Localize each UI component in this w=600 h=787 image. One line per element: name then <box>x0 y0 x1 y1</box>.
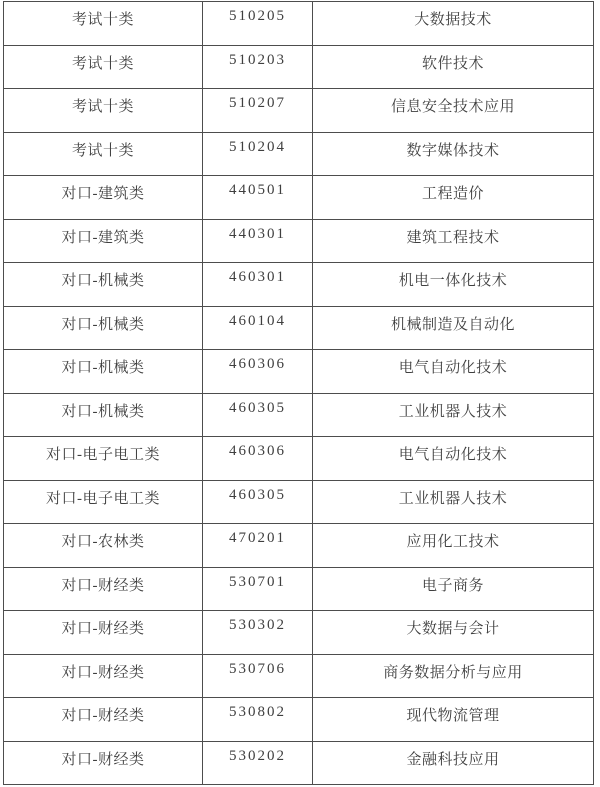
major-code-cell: 530802 <box>203 698 313 741</box>
category-cell: 考试十类 <box>4 46 203 89</box>
major-name-cell: 工业机器人技术 <box>313 394 593 437</box>
category-cell: 对口-机械类 <box>4 350 203 393</box>
major-name-cell: 数字媒体技术 <box>313 133 593 176</box>
table-row: 对口-财经类 530802 现代物流管理 <box>4 698 593 742</box>
major-name-cell: 大数据技术 <box>313 2 593 45</box>
category-cell: 对口-机械类 <box>4 394 203 437</box>
major-name-cell: 电气自动化技术 <box>313 350 593 393</box>
category-cell: 对口-农林类 <box>4 524 203 567</box>
major-code-cell: 460104 <box>203 307 313 350</box>
major-code-cell: 440301 <box>203 220 313 263</box>
major-code-cell: 460306 <box>203 350 313 393</box>
table-row: 对口-机械类 460104 机械制造及自动化 <box>4 307 593 351</box>
table-row: 对口-建筑类 440301 建筑工程技术 <box>4 220 593 264</box>
table-row: 对口-电子电工类 460306 电气自动化技术 <box>4 437 593 481</box>
major-code-cell: 470201 <box>203 524 313 567</box>
major-name-cell: 软件技术 <box>313 46 593 89</box>
table-row: 对口-财经类 530706 商务数据分析与应用 <box>4 655 593 699</box>
category-cell: 对口-财经类 <box>4 742 203 785</box>
category-cell: 对口-财经类 <box>4 611 203 654</box>
major-code-cell: 510207 <box>203 89 313 132</box>
table-row: 对口-财经类 530302 大数据与会计 <box>4 611 593 655</box>
category-cell: 对口-机械类 <box>4 307 203 350</box>
major-name-cell: 大数据与会计 <box>313 611 593 654</box>
table-row: 对口-建筑类 440501 工程造价 <box>4 176 593 220</box>
table-row: 考试十类 510205 大数据技术 <box>4 2 593 46</box>
category-cell: 对口-电子电工类 <box>4 437 203 480</box>
major-name-cell: 电子商务 <box>313 568 593 611</box>
major-name-cell: 机械制造及自动化 <box>313 307 593 350</box>
major-name-cell: 商务数据分析与应用 <box>313 655 593 698</box>
major-code-cell: 460305 <box>203 481 313 524</box>
major-code-cell: 530302 <box>203 611 313 654</box>
category-cell: 对口-机械类 <box>4 263 203 306</box>
table-row: 对口-财经类 530202 金融科技应用 <box>4 742 593 785</box>
table-row: 对口-机械类 460306 电气自动化技术 <box>4 350 593 394</box>
major-code-cell: 460301 <box>203 263 313 306</box>
major-code-cell: 530701 <box>203 568 313 611</box>
major-name-cell: 工程造价 <box>313 176 593 219</box>
major-code-cell: 440501 <box>203 176 313 219</box>
table-row: 对口-电子电工类 460305 工业机器人技术 <box>4 481 593 525</box>
major-name-cell: 建筑工程技术 <box>313 220 593 263</box>
category-cell: 对口-财经类 <box>4 568 203 611</box>
table-row: 对口-财经类 530701 电子商务 <box>4 568 593 612</box>
category-cell: 对口-电子电工类 <box>4 481 203 524</box>
major-name-cell: 应用化工技术 <box>313 524 593 567</box>
major-code-cell: 460306 <box>203 437 313 480</box>
major-name-cell: 信息安全技术应用 <box>313 89 593 132</box>
table-row: 对口-机械类 460301 机电一体化技术 <box>4 263 593 307</box>
major-code-cell: 530706 <box>203 655 313 698</box>
major-code-cell: 510204 <box>203 133 313 176</box>
category-cell: 考试十类 <box>4 133 203 176</box>
table-row: 考试十类 510203 软件技术 <box>4 46 593 90</box>
category-cell: 考试十类 <box>4 2 203 45</box>
table-row: 考试十类 510207 信息安全技术应用 <box>4 89 593 133</box>
major-code-cell: 530202 <box>203 742 313 785</box>
table-row: 考试十类 510204 数字媒体技术 <box>4 133 593 177</box>
category-cell: 考试十类 <box>4 89 203 132</box>
admission-majors-table: 考试十类 510205 大数据技术 考试十类 510203 软件技术 考试十类 … <box>3 1 594 785</box>
category-cell: 对口-建筑类 <box>4 176 203 219</box>
major-name-cell: 电气自动化技术 <box>313 437 593 480</box>
category-cell: 对口-建筑类 <box>4 220 203 263</box>
major-name-cell: 机电一体化技术 <box>313 263 593 306</box>
table-row: 对口-机械类 460305 工业机器人技术 <box>4 394 593 438</box>
major-name-cell: 工业机器人技术 <box>313 481 593 524</box>
major-code-cell: 460305 <box>203 394 313 437</box>
major-name-cell: 金融科技应用 <box>313 742 593 785</box>
category-cell: 对口-财经类 <box>4 698 203 741</box>
major-code-cell: 510205 <box>203 2 313 45</box>
category-cell: 对口-财经类 <box>4 655 203 698</box>
major-name-cell: 现代物流管理 <box>313 698 593 741</box>
table-row: 对口-农林类 470201 应用化工技术 <box>4 524 593 568</box>
major-code-cell: 510203 <box>203 46 313 89</box>
